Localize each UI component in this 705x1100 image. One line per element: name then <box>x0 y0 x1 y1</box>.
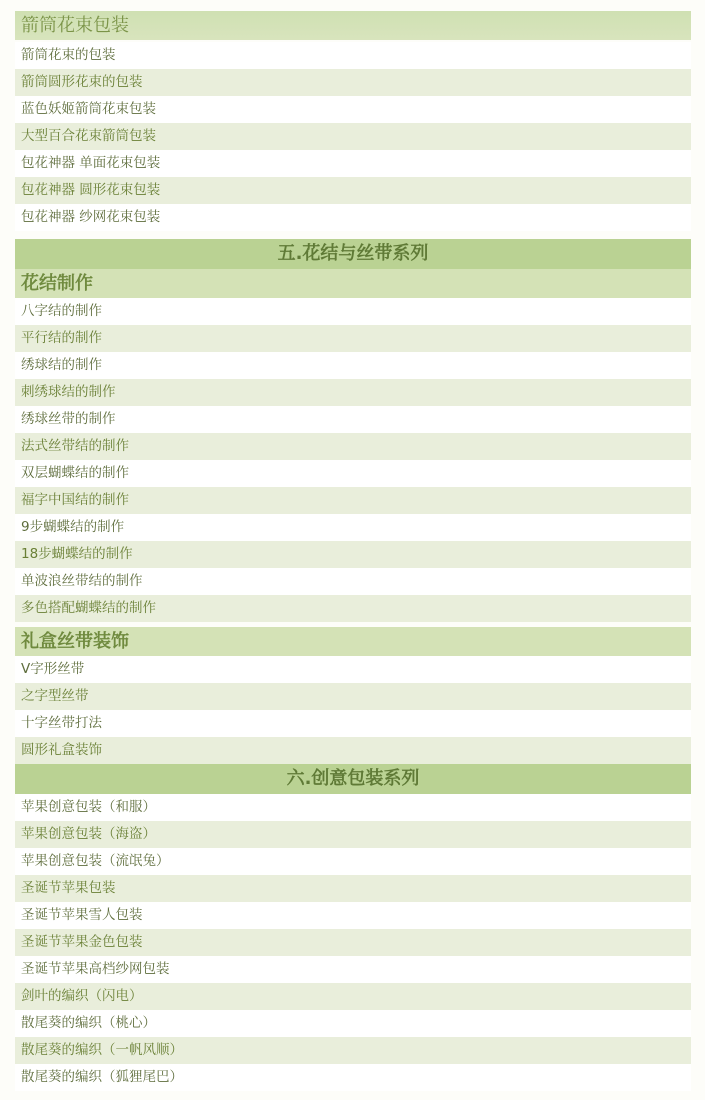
list-item[interactable]: 绣球结的制作 <box>15 352 691 379</box>
list-item[interactable]: 之字型丝带 <box>15 683 691 710</box>
list-item[interactable]: 大型百合花束箭筒包装 <box>15 123 691 150</box>
list-item[interactable]: 包花神器 圆形花束包装 <box>15 177 691 204</box>
list-item[interactable]: 箭筒圆形花束的包装 <box>15 69 691 96</box>
list-item[interactable]: 圣诞节苹果高档纱网包装 <box>15 956 691 983</box>
list-item[interactable]: 散尾葵的编织（一帆风顺） <box>15 1037 691 1064</box>
list-item[interactable]: 十字丝带打法 <box>15 710 691 737</box>
list-item[interactable]: 圣诞节苹果雪人包装 <box>15 902 691 929</box>
subheader-gift-box-ribbon: 礼盒丝带装饰 <box>15 627 691 656</box>
list-knot-making: 八字结的制作 平行结的制作 绣球结的制作 刺绣球结的制作 绣球丝带的制作 法式丝… <box>15 298 691 622</box>
list-item[interactable]: 散尾葵的编织（桃心） <box>15 1010 691 1037</box>
list-item[interactable]: 圣诞节苹果金色包装 <box>15 929 691 956</box>
list-item[interactable]: 9步蝴蝶结的制作 <box>15 514 691 541</box>
course-catalog: 箭筒花束包装 箭筒花束的包装 箭筒圆形花束的包装 蓝色妖姬箭筒花束包装 大型百合… <box>15 11 691 1091</box>
list-item[interactable]: 散尾葵的编织（狐狸尾巴） <box>15 1064 691 1091</box>
list-item[interactable]: 包花神器 纱网花束包装 <box>15 204 691 231</box>
list-item[interactable]: 18步蝴蝶结的制作 <box>15 541 691 568</box>
list-item[interactable]: 单波浪丝带结的制作 <box>15 568 691 595</box>
list-quiver-bouquet: 箭筒花束的包装 箭筒圆形花束的包装 蓝色妖姬箭筒花束包装 大型百合花束箭筒包装 … <box>15 42 691 231</box>
list-item[interactable]: 法式丝带结的制作 <box>15 433 691 460</box>
list-item[interactable]: 圣诞节苹果包装 <box>15 875 691 902</box>
section-header-creative-packaging: 六.创意包装系列 <box>15 764 691 794</box>
list-item[interactable]: 苹果创意包装（海盗） <box>15 821 691 848</box>
list-item[interactable]: 双层蝴蝶结的制作 <box>15 460 691 487</box>
list-item[interactable]: 蓝色妖姬箭筒花束包装 <box>15 96 691 123</box>
list-gift-box-ribbon: V字形丝带 之字型丝带 十字丝带打法 圆形礼盒装饰 <box>15 656 691 764</box>
list-item[interactable]: 包花神器 单面花束包装 <box>15 150 691 177</box>
list-item[interactable]: 苹果创意包装（和服） <box>15 794 691 821</box>
list-item[interactable]: 箭筒花束的包装 <box>15 42 691 69</box>
list-item[interactable]: 圆形礼盒装饰 <box>15 737 691 764</box>
list-item[interactable]: 刺绣球结的制作 <box>15 379 691 406</box>
subheader-quiver-bouquet: 箭筒花束包装 <box>15 11 691 40</box>
subheader-knot-making: 花结制作 <box>15 269 691 298</box>
list-item[interactable]: 平行结的制作 <box>15 325 691 352</box>
section-header-knots-ribbons: 五.花结与丝带系列 <box>15 239 691 269</box>
list-creative-packaging: 苹果创意包装（和服） 苹果创意包装（海盗） 苹果创意包装（流氓兔） 圣诞节苹果包… <box>15 794 691 1091</box>
list-item[interactable]: 福字中国结的制作 <box>15 487 691 514</box>
list-item[interactable]: 苹果创意包装（流氓兔） <box>15 848 691 875</box>
list-item[interactable]: 八字结的制作 <box>15 298 691 325</box>
list-item[interactable]: 绣球丝带的制作 <box>15 406 691 433</box>
list-item[interactable]: 剑叶的编织（闪电） <box>15 983 691 1010</box>
list-item[interactable]: V字形丝带 <box>15 656 691 683</box>
list-item[interactable]: 多色搭配蝴蝶结的制作 <box>15 595 691 622</box>
